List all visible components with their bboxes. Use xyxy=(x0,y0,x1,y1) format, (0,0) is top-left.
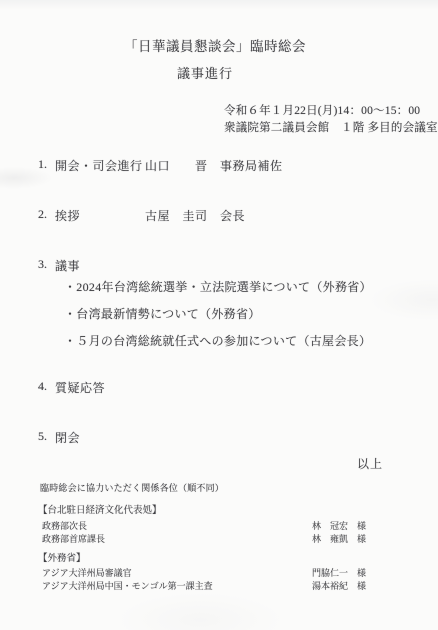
agenda-item-number: 5. xyxy=(38,429,47,444)
meeting-venue: 衆議院第二議員会館 １階 多目的会議室 xyxy=(224,122,438,136)
member-name: 湯本裕紀 様 xyxy=(312,579,366,592)
scanned-agenda-document: 「日華議員懇談会」臨時総会 議事進行 令和６年１月22日(月)14：00～15：… xyxy=(0,0,438,630)
document-subtitle: 議事進行 xyxy=(177,66,233,82)
agenda-item-label: 質疑応答 xyxy=(55,379,105,396)
member-title: 政務部首席課長 xyxy=(42,532,105,545)
agenda-item-label: 閉会 xyxy=(55,429,80,446)
agenda-item-number: 3. xyxy=(38,257,47,272)
agenda-bullet-inauguration: ・５月の台湾総統就任式への参加について（古屋会長） xyxy=(64,334,371,348)
member-name: 林 冠宏 様 xyxy=(312,519,366,532)
member-name: 林 雍凱 様 xyxy=(312,532,366,545)
agenda-item-number: 1. xyxy=(38,157,47,172)
member-title: アジア大洋州局審議官 xyxy=(42,566,132,579)
agenda-bullet-taiwan-situation: ・台湾最新情勢について（外務省） xyxy=(64,307,261,321)
agenda-bullet-taiwan-election: ・2024年台湾総統選挙・立法院選挙について（外務省） xyxy=(64,280,372,294)
agenda-item-detail: 古屋 圭司 会長 xyxy=(145,207,245,224)
org-name-tecro: 【台北駐日経済文化代表処】 xyxy=(38,506,162,517)
cooperation-heading: 臨時総会に協力いただく関係各位（順不同） xyxy=(40,483,224,494)
member-title: アジア大洋州局中国・モンゴル第一課主査 xyxy=(42,579,213,592)
org-name-mofa: 【外務省】 xyxy=(38,554,86,565)
agenda-item-label: 挨拶 xyxy=(55,207,80,224)
agenda-item-label: 議事 xyxy=(55,257,80,274)
member-title: 政務部次長 xyxy=(42,519,87,532)
closing-text: 以上 xyxy=(357,457,383,471)
member-name: 門脇仁一 様 xyxy=(312,566,366,579)
meeting-datetime: 令和６年１月22日(月)14：00～15：00 xyxy=(224,105,420,119)
document-title: 「日華議員懇談会」臨時総会 xyxy=(124,39,306,55)
agenda-item-label: 開会・司会進行 xyxy=(55,157,143,174)
agenda-item-detail: 山口 晋 事務局補佐 xyxy=(145,157,283,174)
agenda-item-number: 2. xyxy=(38,207,47,222)
agenda-item-number: 4. xyxy=(38,379,47,394)
